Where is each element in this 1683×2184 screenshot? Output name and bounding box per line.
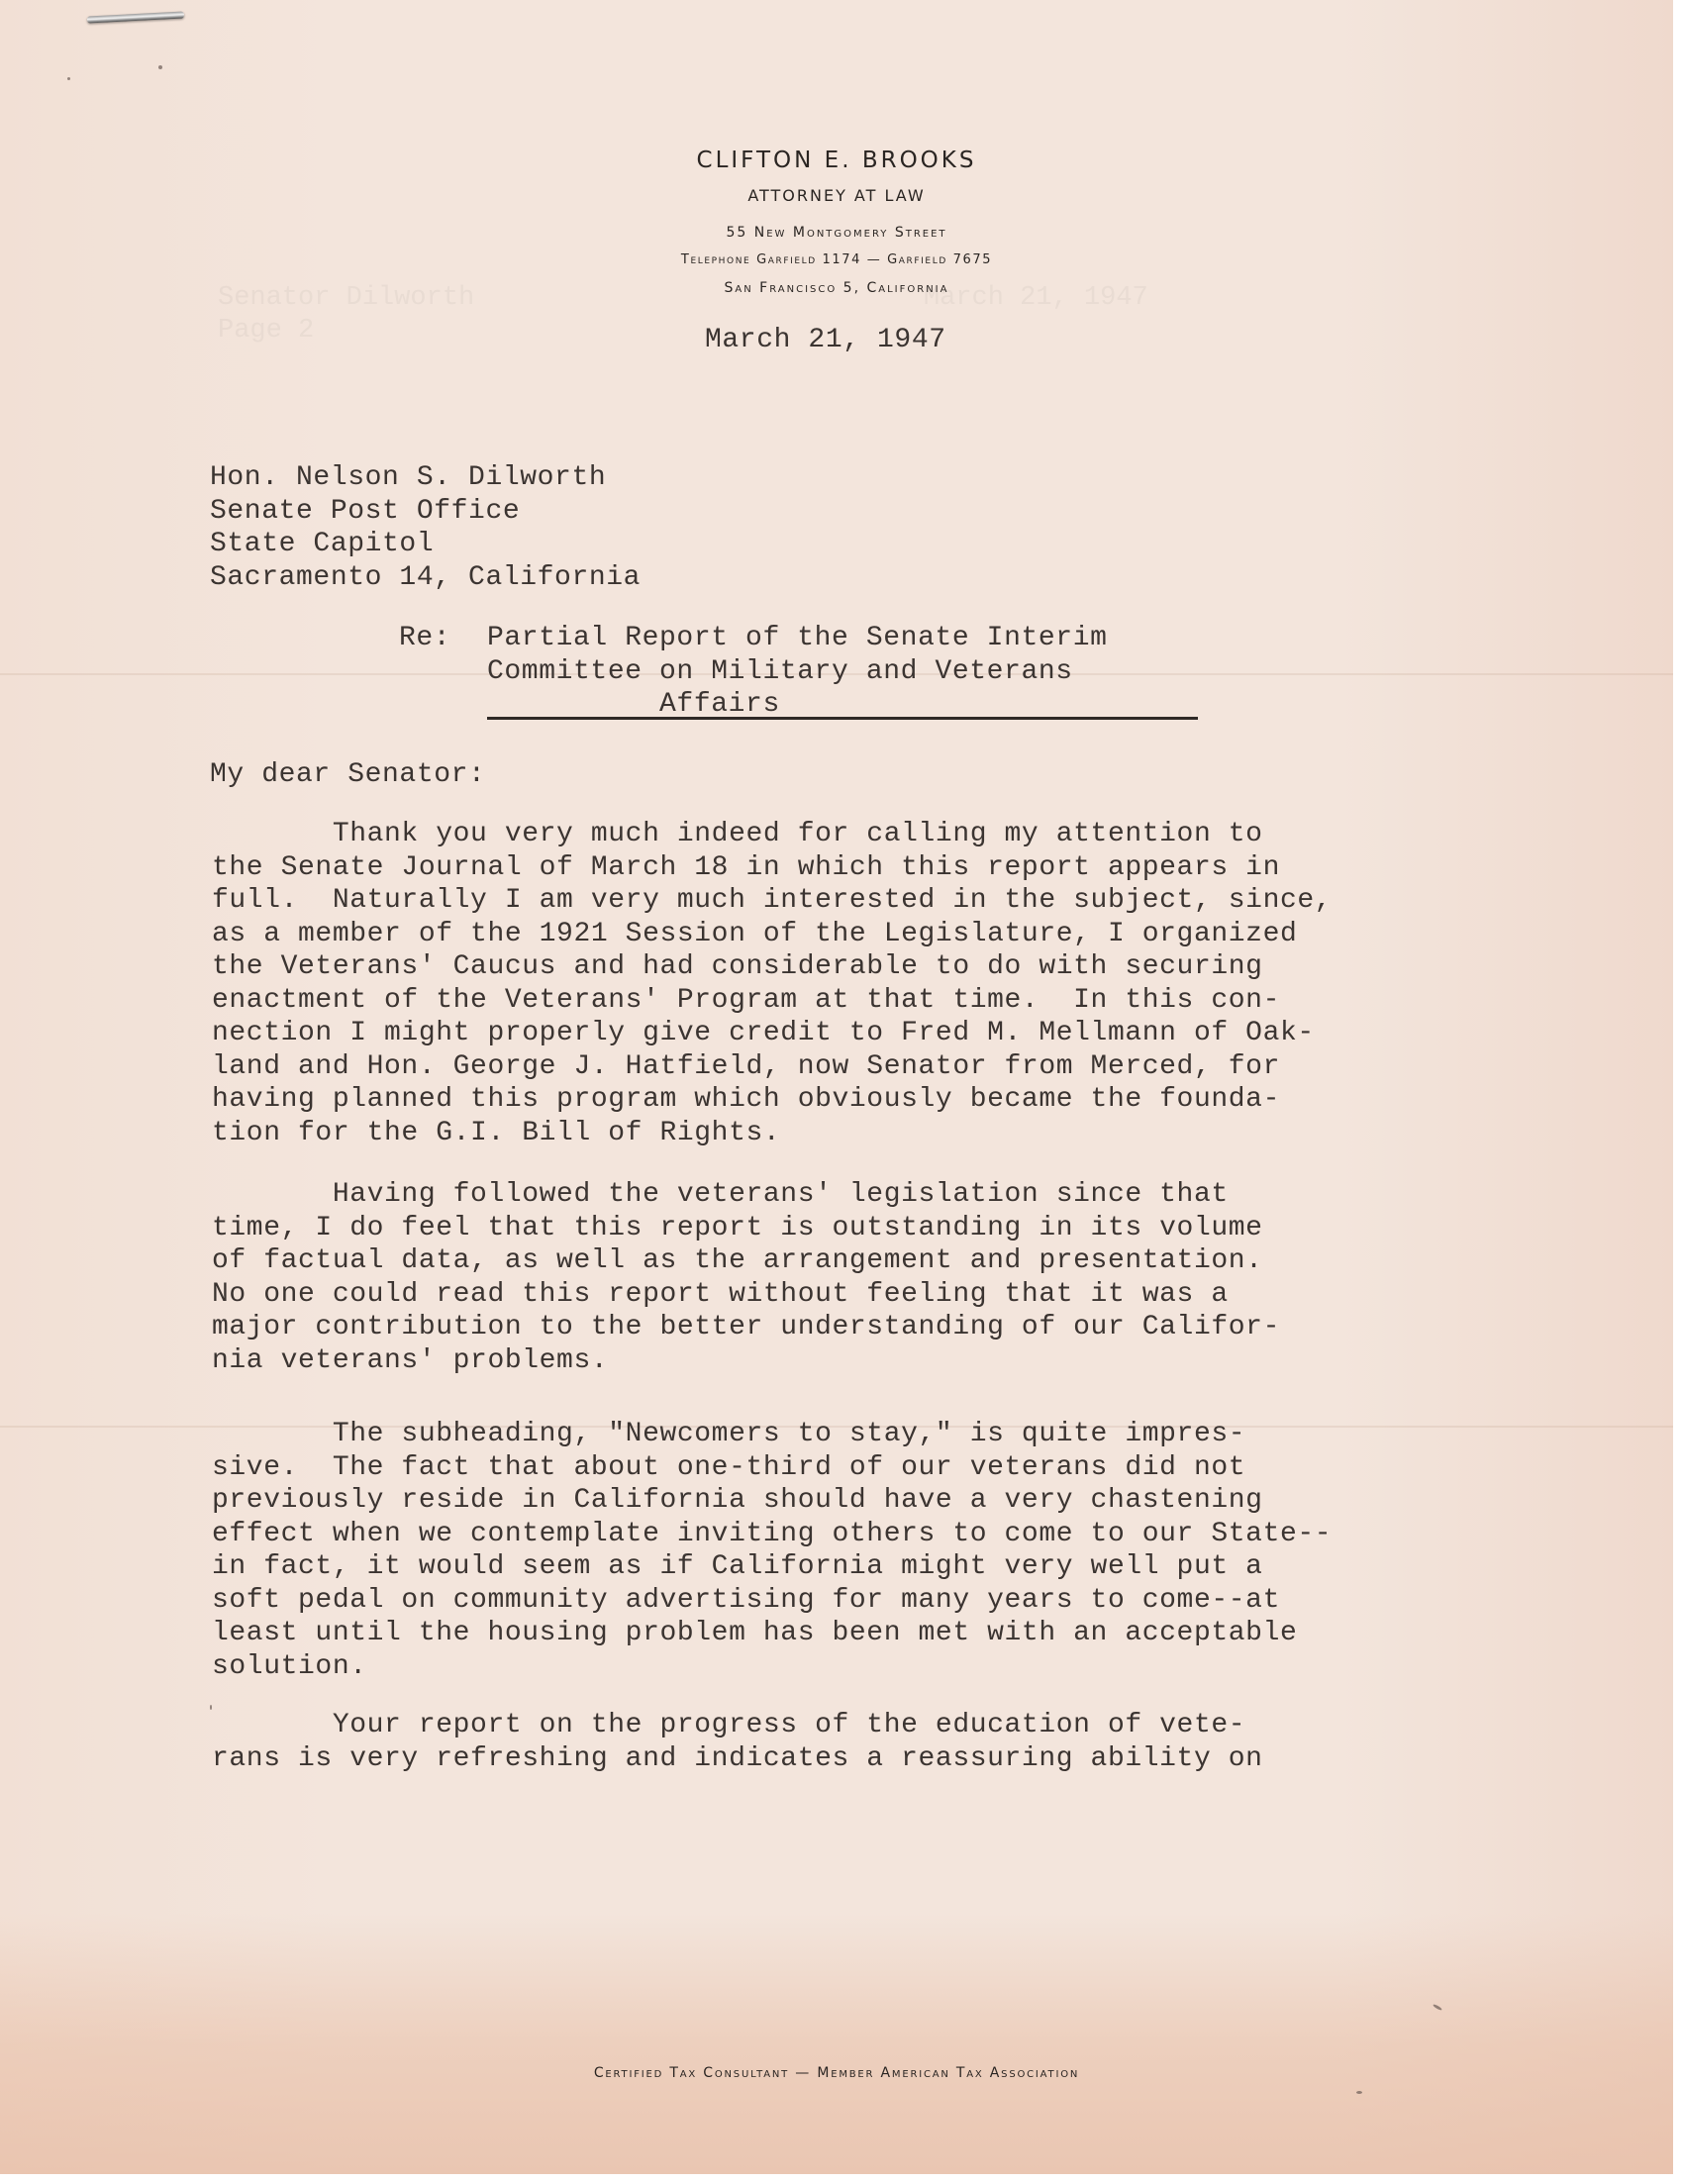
paragraph-line: as a member of the 1921 Session of the L… bbox=[212, 918, 1332, 951]
recipient-line: State Capitol bbox=[210, 528, 641, 561]
paragraph-line: sive. The fact that about one-third of o… bbox=[212, 1451, 1332, 1485]
paragraph-line: major contribution to the better underst… bbox=[212, 1311, 1280, 1344]
letter-page: Senator Dilworth March 21, 1947 Page 2 C… bbox=[0, 0, 1673, 2174]
body-paragraph-3: The subheading, "Newcomers to stay," is … bbox=[212, 1418, 1332, 1683]
paragraph-line: solution. bbox=[212, 1650, 1332, 1684]
paper-speck bbox=[67, 77, 70, 80]
city-address: San Francisco 5, California bbox=[0, 279, 1673, 297]
paragraph-line: Having followed the veterans' legislatio… bbox=[212, 1178, 1280, 1212]
staple-mark bbox=[87, 11, 184, 23]
salutation: My dear Senator: bbox=[210, 758, 485, 792]
paper-speck bbox=[1433, 2004, 1442, 2012]
recipient-line: Hon. Nelson S. Dilworth bbox=[210, 461, 641, 495]
paragraph-line: full. Naturally I am very much intereste… bbox=[212, 884, 1332, 918]
recipient-line: Sacramento 14, California bbox=[210, 561, 641, 595]
letter-date: March 21, 1947 bbox=[705, 324, 946, 357]
recipient-address: Hon. Nelson S. DilworthSenate Post Offic… bbox=[210, 461, 641, 594]
subject-line: Partial Report of the Senate InterimComm… bbox=[487, 622, 1108, 722]
paragraph-line: previously reside in California should h… bbox=[212, 1484, 1332, 1518]
paragraph-line: enactment of the Veterans' Program at th… bbox=[212, 984, 1332, 1018]
paragraph-line: soft pedal on community advertising for … bbox=[212, 1584, 1332, 1618]
paragraph-line: The subheading, "Newcomers to stay," is … bbox=[212, 1418, 1332, 1451]
paper-speck bbox=[158, 65, 162, 69]
paragraph-line: having planned this program which obviou… bbox=[212, 1083, 1332, 1117]
subject-text: Committee on Military and Veterans bbox=[487, 655, 1108, 689]
body-paragraph-2: Having followed the veterans' legislatio… bbox=[212, 1178, 1280, 1377]
paragraph-line: of factual data, as well as the arrangem… bbox=[212, 1244, 1280, 1278]
paragraph-line: nia veterans' problems. bbox=[212, 1344, 1280, 1378]
letterhead-footer: Certified Tax Consultant — Member Americ… bbox=[0, 2065, 1673, 2081]
paragraph-line: rans is very refreshing and indicates a … bbox=[212, 1742, 1263, 1776]
body-paragraph-4: Your report on the progress of the educa… bbox=[212, 1709, 1263, 1775]
paragraph-line: least until the housing problem has been… bbox=[212, 1617, 1332, 1650]
paragraph-line: in fact, it would seem as if California … bbox=[212, 1550, 1332, 1584]
attorney-title: ATTORNEY AT LAW bbox=[0, 186, 1673, 206]
paper-speck bbox=[1356, 2091, 1362, 2094]
paragraph-line: land and Hon. George J. Hatfield, now Se… bbox=[212, 1050, 1332, 1084]
scan-bottom-margin bbox=[0, 2174, 1683, 2184]
paragraph-line: No one could read this report without fe… bbox=[212, 1278, 1280, 1312]
attorney-name: CLIFTON E. BROOKS bbox=[0, 147, 1673, 174]
paragraph-line: time, I do feel that this report is outs… bbox=[212, 1212, 1280, 1245]
street-address: 55 New Montgomery Street bbox=[0, 224, 1673, 242]
paragraph-line: the Senate Journal of March 18 in which … bbox=[212, 851, 1332, 885]
paragraph-line: Thank you very much indeed for calling m… bbox=[212, 818, 1332, 851]
recipient-line: Senate Post Office bbox=[210, 495, 641, 529]
scan-right-margin bbox=[1673, 0, 1683, 2184]
paragraph-line: nection I might properly give credit to … bbox=[212, 1017, 1332, 1050]
subject-underline bbox=[487, 717, 1198, 720]
body-paragraph-1: Thank you very much indeed for calling m… bbox=[212, 818, 1332, 1149]
paragraph-line: tion for the G.I. Bill of Rights. bbox=[212, 1117, 1332, 1150]
paragraph-line: Your report on the progress of the educa… bbox=[212, 1709, 1263, 1742]
letterhead: CLIFTON E. BROOKS ATTORNEY AT LAW 55 New… bbox=[0, 147, 1673, 297]
telephone-numbers: Telephone Garfield 1174 — Garfield 7675 bbox=[0, 251, 1673, 269]
paragraph-line: the Veterans' Caucus and had considerabl… bbox=[212, 950, 1332, 984]
subject-label: Re: bbox=[399, 622, 450, 655]
paragraph-line: effect when we contemplate inviting othe… bbox=[212, 1518, 1332, 1551]
subject-text: Partial Report of the Senate Interim bbox=[487, 622, 1108, 655]
